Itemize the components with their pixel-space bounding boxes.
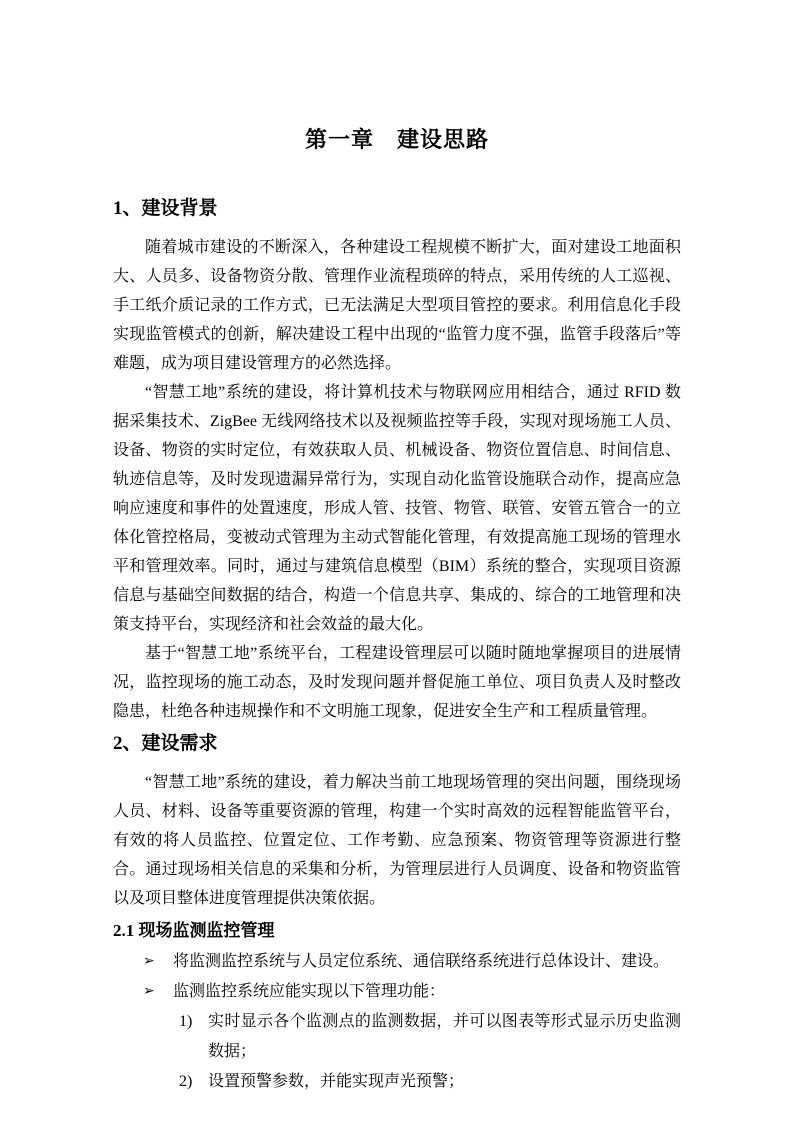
arrow-bullet-icon: ➢ [143,977,155,1007]
bullet-text: 将监测监控系统与人员定位系统、通信联络系统进行总体设计、建设。 [173,953,669,970]
chapter-title: 第一章 建设思路 [113,124,681,156]
numbered-item-text: 设置预警参数，并能实现声光预警； [208,1073,464,1090]
numbered-item-label: 1) [179,1007,192,1037]
document-page: 第一章 建设思路 1、建设背景 随着城市建设的不断深入，各种建设工程规模不断扩大… [0,0,793,1122]
bullet-item: ➢ 将监测监控系统与人员定位系统、通信联络系统进行总体设计、建设。 [113,947,681,977]
paragraph-requirements-1: “智慧工地”系统的建设，着力解决当前工地现场管理的突出问题，围绕现场人员、材料、… [113,768,681,913]
bullet-text: 监测监控系统应能实现以下管理功能： [173,983,445,1000]
paragraph-background-2: “智慧工地”系统的建设，将计算机技术与物联网应用相结合，通过 RFID 数据采集… [113,378,681,639]
section-1-heading: 1、建设背景 [113,196,681,222]
arrow-bullet-icon: ➢ [143,947,155,977]
paragraph-background-3: 基于“智慧工地”系统平台，工程建设管理层可以随时随地掌握项目的进展情况，监控现场… [113,639,681,726]
numbered-item-text: 实时显示各个监测点的监测数据，并可以图表等形式显示历史监测数据； [208,1013,681,1060]
numbered-item: 1) 实时显示各个监测点的监测数据，并可以图表等形式显示历史监测数据； [113,1007,681,1067]
subsection-2-1-heading: 2.1 现场监测监控管理 [113,919,681,943]
paragraph-background-1: 随着城市建设的不断深入，各种建设工程规模不断扩大，面对建设工地面积大、人员多、设… [113,233,681,378]
bullet-item: ➢ 监测监控系统应能实现以下管理功能： [113,977,681,1007]
numbered-item: 2) 设置预警参数，并能实现声光预警； [113,1067,681,1097]
numbered-item-label: 2) [179,1067,192,1097]
page-content: 第一章 建设思路 1、建设背景 随着城市建设的不断深入，各种建设工程规模不断扩大… [113,124,681,1097]
section-2-heading: 2、建设需求 [113,731,681,757]
